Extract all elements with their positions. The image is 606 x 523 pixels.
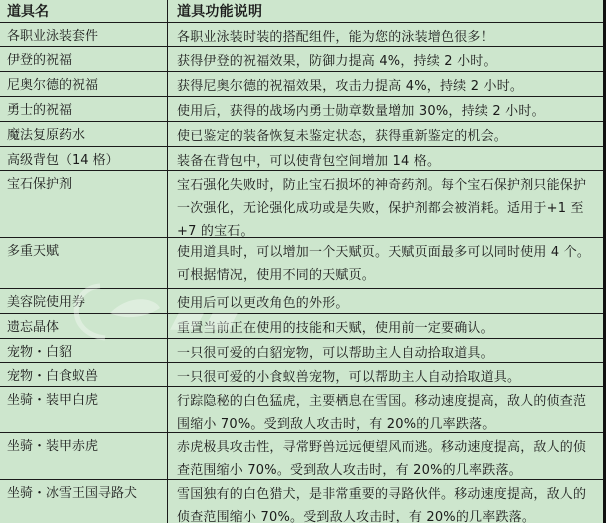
table-row: 各职业泳装套件 各职业泳装时装的搭配组件，能为您的泳装增色很多！: [0, 23, 603, 47]
table-row: 魔法复原药水 使已鉴定的装备恢复未鉴定状态，获得重新鉴定的机会。: [0, 122, 603, 147]
header-item-description: 道具功能说明: [169, 0, 603, 22]
item-description: 使用道具时，可以增加一个天赋页。天赋页面最多可以同时使用 4 个。可根据情况，使…: [169, 238, 603, 288]
item-name: 尼奥尔德的祝福: [0, 72, 168, 96]
item-description: 使用后，获得的战场内勇士勋章数量增加 30%，持续 2 小时。: [169, 97, 603, 121]
item-name: 多重天赋: [0, 238, 168, 288]
table-header-row: 道具名 道具功能说明: [0, 0, 603, 23]
table-row: 多重天赋 使用道具时，可以增加一个天赋页。天赋页面最多可以同时使用 4 个。可根…: [0, 238, 603, 289]
table-row: 尼奥尔德的祝福 获得尼奥尔德的祝福效果，攻击力提高 4%，持续 2 小时。: [0, 72, 603, 97]
header-item-name: 道具名: [0, 0, 168, 22]
item-description: 行踪隐秘的白色猛虎，主要栖息在雪国。移动速度提高，敌人的侦查范围缩小 70%。受…: [169, 387, 603, 432]
table-row: 坐骑・装甲白虎 行踪隐秘的白色猛虎，主要栖息在雪国。移动速度提高，敌人的侦查范围…: [0, 387, 603, 433]
table-row: 高级背包（14 格） 装备在背包中，可以使背包空间增加 14 格。: [0, 147, 603, 171]
item-name: 宠物・白貂: [0, 339, 168, 362]
item-description: 宝石强化失败时，防止宝石损坏的神奇药剂。每个宝石保护剂只能保护一次强化，无论强化…: [169, 171, 603, 237]
item-name: 勇士的祝福: [0, 97, 168, 121]
item-description: 装备在背包中，可以使背包空间增加 14 格。: [169, 147, 603, 170]
item-description: 一只很可爱的小食蚁兽宠物，可以帮助主人自动拾取道具。: [169, 363, 603, 386]
item-description: 赤虎极具攻击性，寻常野兽远远便望风而逃。移动速度提高，敌人的侦查范围缩小 70%…: [169, 433, 603, 479]
item-name: 坐骑・装甲赤虎: [0, 433, 168, 479]
table-row: 宠物・白食蚁兽 一只很可爱的小食蚁兽宠物，可以帮助主人自动拾取道具。: [0, 363, 603, 387]
item-name: 宝石保护剂: [0, 171, 168, 237]
table-row: 遗忘晶体 重置当前正在使用的技能和天赋，使用前一定要确认。: [0, 314, 603, 339]
table-row: 坐骑・冰雪王国寻路犬 雪国独有的白色猎犬，是非常重要的寻路伙伴。移动速度提高，敌…: [0, 480, 603, 523]
item-description: 使用后可以更改角色的外形。: [169, 289, 603, 313]
item-description: 获得尼奥尔德的祝福效果，攻击力提高 4%，持续 2 小时。: [169, 72, 603, 96]
item-description: 重置当前正在使用的技能和天赋，使用前一定要确认。: [169, 314, 603, 338]
item-name: 坐骑・装甲白虎: [0, 387, 168, 432]
table-row: 伊登的祝福 获得伊登的祝福效果，防御力提高 4%，持续 2 小时。: [0, 47, 603, 72]
item-name: 高级背包（14 格）: [0, 147, 168, 170]
item-name: 遗忘晶体: [0, 314, 168, 338]
item-description: 各职业泳装时装的搭配组件，能为您的泳装增色很多！: [169, 23, 603, 46]
item-description: 雪国独有的白色猎犬，是非常重要的寻路伙伴。移动速度提高，敌人的侦查范围缩小 70…: [169, 480, 603, 523]
item-description: 一只很可爱的白貂宠物，可以帮助主人自动拾取道具。: [169, 339, 603, 362]
item-name: 美容院使用券: [0, 289, 168, 313]
item-name: 宠物・白食蚁兽: [0, 363, 168, 386]
table-row: 宝石保护剂 宝石强化失败时，防止宝石损坏的神奇药剂。每个宝石保护剂只能保护一次强…: [0, 171, 603, 238]
item-name: 坐骑・冰雪王国寻路犬: [0, 480, 168, 523]
item-name: 各职业泳装套件: [0, 23, 168, 46]
item-description: 获得伊登的祝福效果，防御力提高 4%，持续 2 小时。: [169, 47, 603, 71]
item-name: 魔法复原药水: [0, 122, 168, 146]
table-row: 勇士的祝福 使用后，获得的战场内勇士勋章数量增加 30%，持续 2 小时。: [0, 97, 603, 122]
table-row: 坐骑・装甲赤虎 赤虎极具攻击性，寻常野兽远远便望风而逃。移动速度提高，敌人的侦查…: [0, 433, 603, 480]
table-row: 宠物・白貂 一只很可爱的白貂宠物，可以帮助主人自动拾取道具。: [0, 339, 603, 363]
item-name: 伊登的祝福: [0, 47, 168, 71]
item-table: 道具名 道具功能说明 各职业泳装套件 各职业泳装时装的搭配组件，能为您的泳装增色…: [0, 0, 606, 523]
item-description: 使已鉴定的装备恢复未鉴定状态，获得重新鉴定的机会。: [169, 122, 603, 146]
table-row: 美容院使用券 使用后可以更改角色的外形。: [0, 289, 603, 314]
